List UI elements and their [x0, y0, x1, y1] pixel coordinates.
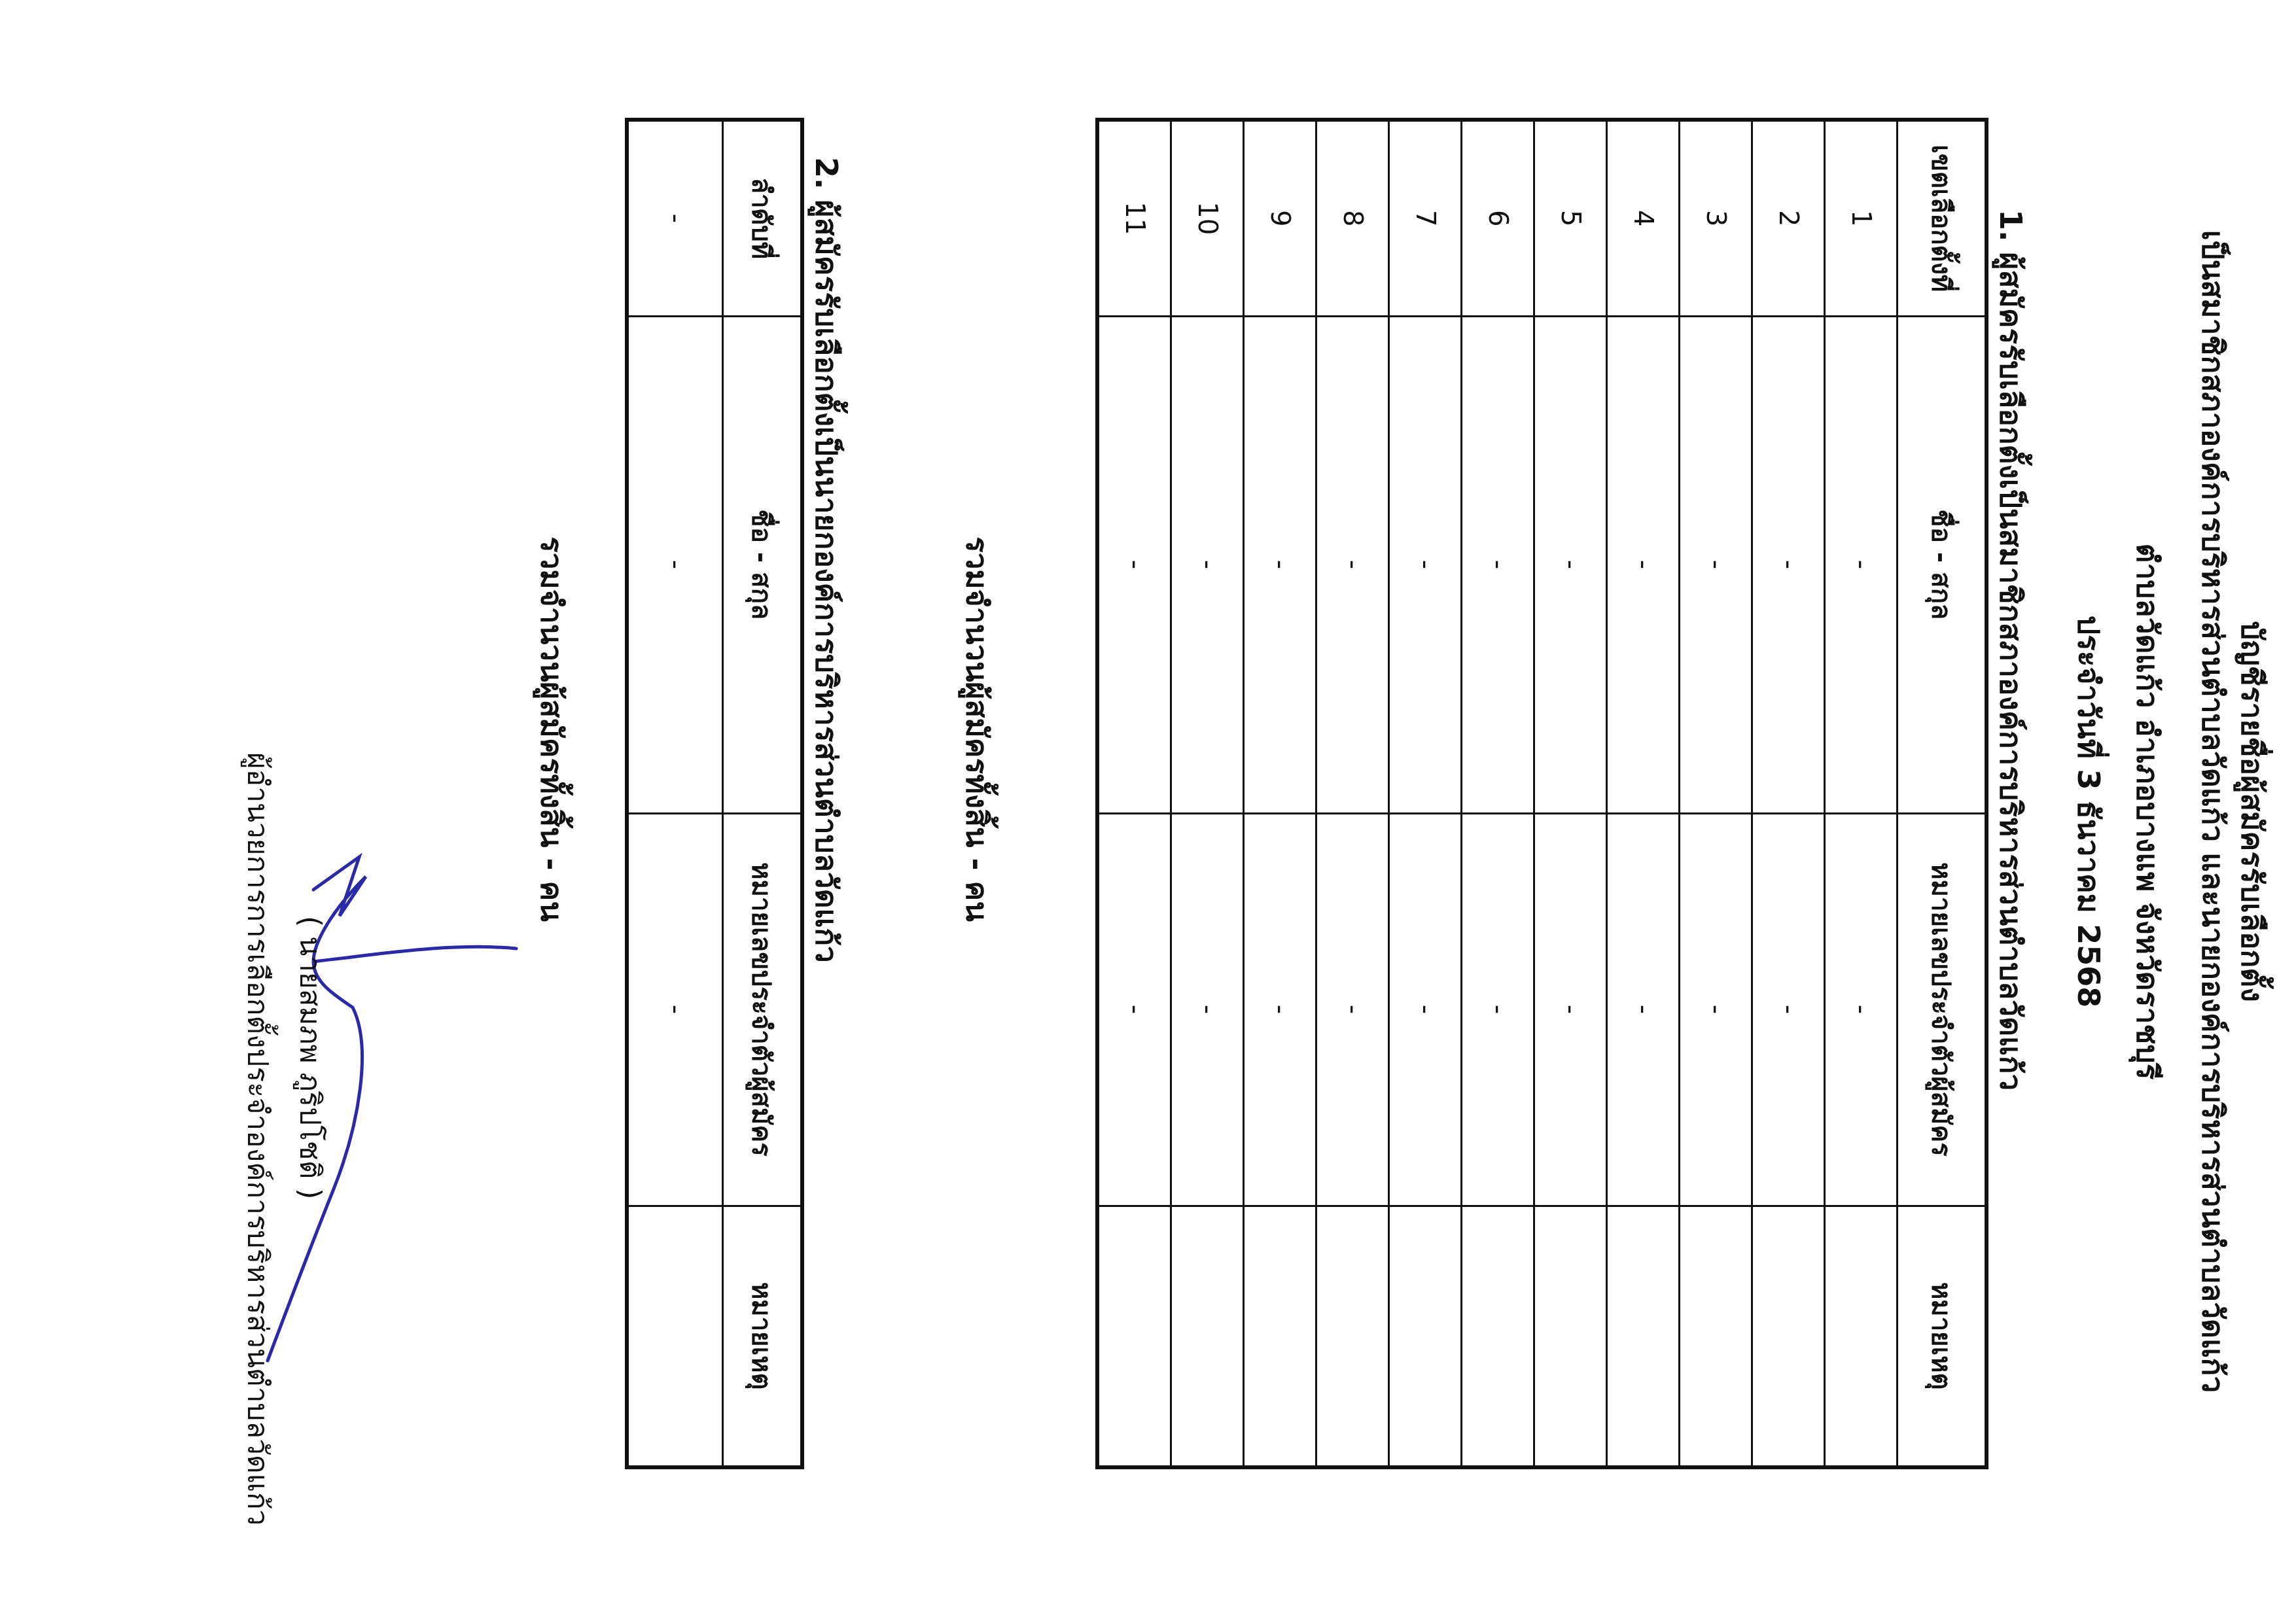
section1-heading: 1. ผู้สมัครรับเลือกตั้งเป็นสมาชิกสภาองค์…: [1987, 209, 2034, 1091]
table-row: ---: [627, 120, 723, 1467]
note-cell: [1171, 1206, 1244, 1467]
council-candidates-table: เขตเลือกตั้งที่ ชื่อ - สกุล หมายเลขประจำ…: [1095, 118, 1988, 1469]
district-cell: 4: [1607, 120, 1680, 316]
number-cell: -: [1097, 813, 1171, 1206]
document-title: บัญชีรายชื่อผู้สมัครรับเลือกตั้ง: [2234, 0, 2270, 1623]
number-cell: -: [1389, 813, 1462, 1206]
mayor-candidates-table: ลำดับที่ ชื่อ - สกุล หมายเลขประจำตัวผู้ส…: [625, 118, 804, 1469]
note-cell: [1389, 1206, 1462, 1467]
table-row: 11--: [1097, 120, 1171, 1467]
name-cell: -: [1244, 316, 1316, 813]
column-header-note: หมายเหตุ: [723, 1206, 803, 1467]
note-cell: [627, 1206, 723, 1467]
column-header-number: หมายเลขประจำตัวผู้สมัคร: [723, 813, 803, 1206]
table-row: 5--: [1534, 120, 1607, 1467]
table-row: 9--: [1244, 120, 1316, 1467]
note-cell: [1097, 1206, 1171, 1467]
table-row: 7--: [1389, 120, 1462, 1467]
name-cell: -: [1316, 316, 1389, 813]
note-cell: [1534, 1206, 1607, 1467]
name-cell: -: [1752, 316, 1825, 813]
name-cell: -: [1680, 316, 1752, 813]
table-row: 4--: [1607, 120, 1680, 1467]
district-cell: 11: [1097, 120, 1171, 316]
table-row: 1--: [1825, 120, 1898, 1467]
name-cell: -: [1607, 316, 1680, 813]
note-cell: [1607, 1206, 1680, 1467]
number-cell: -: [1680, 813, 1752, 1206]
name-cell: -: [627, 316, 723, 813]
order-cell: -: [627, 120, 723, 316]
note-cell: [1680, 1206, 1752, 1467]
district-cell: 5: [1534, 120, 1607, 316]
section1-total: รวมจำนวนผู้สมัครทั้งสิ้น - คน: [953, 536, 1000, 922]
note-cell: [1752, 1206, 1825, 1467]
column-header-number: หมายเลขประจำตัวผู้สมัคร: [1898, 813, 1987, 1206]
document-subtitle: เป็นสมาชิกสภาองค์การบริหารส่วนตำบลวัดแก้…: [2195, 0, 2231, 1623]
number-cell: -: [1171, 813, 1244, 1206]
column-header-district: เขตเลือกตั้งที่: [1898, 120, 1987, 316]
name-cell: -: [1825, 316, 1898, 813]
table-row: 3--: [1680, 120, 1752, 1467]
district-cell: 6: [1462, 120, 1534, 316]
document-page: บัญชีรายชื่อผู้สมัครรับเลือกตั้ง เป็นสมา…: [0, 0, 2296, 1623]
column-header-name: ชื่อ - สกุล: [723, 316, 803, 813]
note-cell: [1462, 1206, 1534, 1467]
table-row: 6--: [1462, 120, 1534, 1467]
signatory-position: ผู้อำนวยการการเลือกตั้งประจำองค์การบริหา…: [235, 752, 281, 1526]
district-cell: 2: [1752, 120, 1825, 316]
number-cell: -: [1534, 813, 1607, 1206]
section2-total: รวมจำนวนผู้สมัครทั้งสิ้น - คน: [527, 536, 575, 922]
table-header-row: ลำดับที่ ชื่อ - สกุล หมายเลขประจำตัวผู้ส…: [723, 120, 803, 1467]
number-cell: -: [1244, 813, 1316, 1206]
number-cell: -: [1316, 813, 1389, 1206]
number-cell: -: [1752, 813, 1825, 1206]
name-cell: -: [1462, 316, 1534, 813]
note-cell: [1316, 1206, 1389, 1467]
column-header-note: หมายเหตุ: [1898, 1206, 1987, 1467]
district-cell: 8: [1316, 120, 1389, 316]
document-date: ประจำวันที่ 3 ธันวาคม 2568: [2070, 0, 2106, 1623]
district-cell: 10: [1171, 120, 1244, 316]
district-cell: 7: [1389, 120, 1462, 316]
signatory-name: ( นายสมภพ ภูริปโชติ ): [287, 916, 333, 1199]
district-cell: 1: [1825, 120, 1898, 316]
table-row: 10--: [1171, 120, 1244, 1467]
district-cell: 9: [1244, 120, 1316, 316]
name-cell: -: [1171, 316, 1244, 813]
name-cell: -: [1534, 316, 1607, 813]
column-header-name: ชื่อ - สกุล: [1898, 316, 1987, 813]
note-cell: [1825, 1206, 1898, 1467]
name-cell: -: [1097, 316, 1171, 813]
name-cell: -: [1389, 316, 1462, 813]
note-cell: [1244, 1206, 1316, 1467]
column-header-order: ลำดับที่: [723, 120, 803, 316]
table-row: 2--: [1752, 120, 1825, 1467]
document-location: ตำบลวัดแก้ว อำเภอบางแพ จังหวัดราชบุรี: [2129, 0, 2165, 1623]
number-cell: -: [1607, 813, 1680, 1206]
number-cell: -: [1825, 813, 1898, 1206]
number-cell: -: [1462, 813, 1534, 1206]
section2-heading: 2. ผู้สมัครรับเลือกตั้งเป็นนายกองค์การบร…: [802, 157, 850, 963]
table-row: 8--: [1316, 120, 1389, 1467]
table-header-row: เขตเลือกตั้งที่ ชื่อ - สกุล หมายเลขประจำ…: [1898, 120, 1987, 1467]
number-cell: -: [627, 813, 723, 1206]
district-cell: 3: [1680, 120, 1752, 316]
